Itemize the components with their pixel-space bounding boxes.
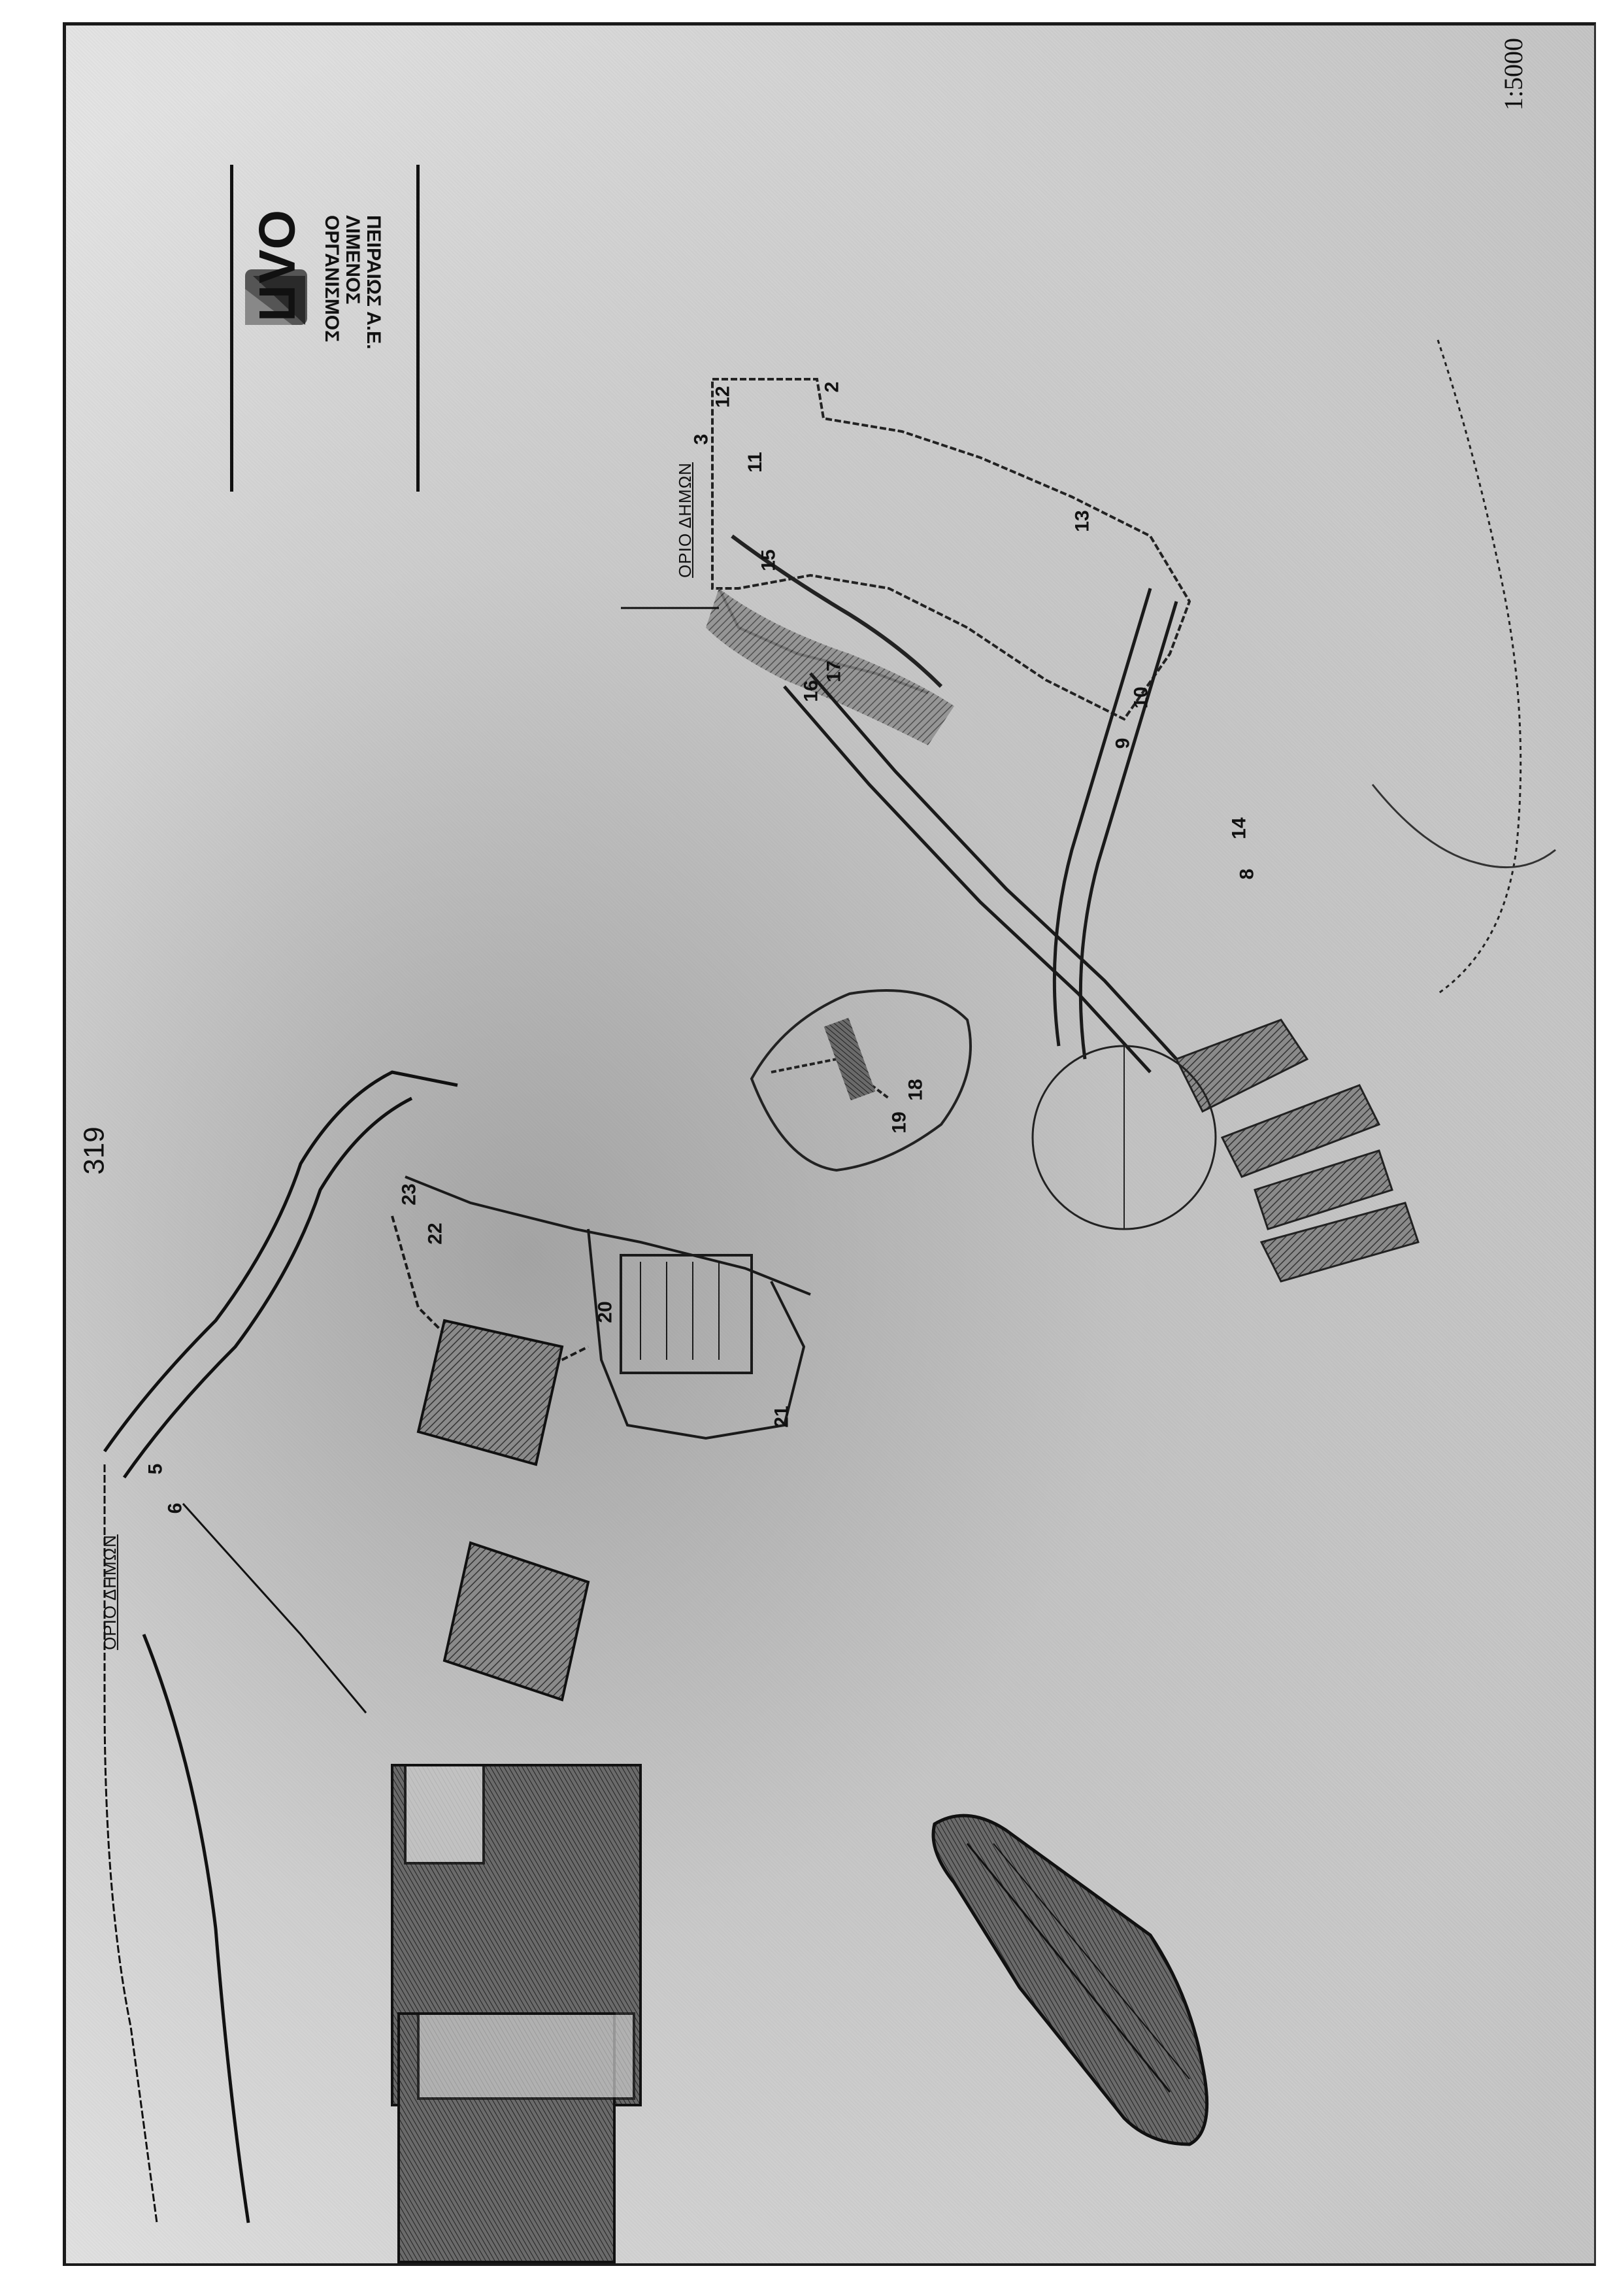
logo-line-2: ΛΙΜΕΝΟΣ bbox=[341, 215, 363, 359]
marker-22: 22 bbox=[425, 1223, 447, 1244]
marker-17: 17 bbox=[823, 660, 846, 682]
marker-12: 12 bbox=[712, 386, 735, 407]
marker-9: 9 bbox=[1112, 738, 1134, 749]
boundary-label-east: ΟΡΙΟ ΔΗΜΩΝ bbox=[675, 462, 695, 578]
marker-19: 19 bbox=[889, 1111, 911, 1133]
east-coastline bbox=[1438, 340, 1521, 994]
building-blocks bbox=[418, 1321, 588, 1700]
marker-2: 2 bbox=[821, 382, 843, 393]
logo-line-3: ΠΕΙΡΑΙΩΣ Α.Ε. bbox=[362, 215, 384, 359]
marker-16: 16 bbox=[801, 680, 823, 701]
marker-11: 11 bbox=[744, 452, 767, 473]
island-pier bbox=[933, 1815, 1207, 2144]
map-scale: 1:5000 bbox=[1498, 38, 1529, 110]
piers bbox=[1176, 1020, 1418, 1281]
olp-logo: ΟΛΠ ΟΡΓΑΝΙΣΜΟΣ ΛΙΜΕΝΟΣ ΠΕΙΡΑΙΩΣ Α.Ε. bbox=[230, 165, 420, 492]
marker-13: 13 bbox=[1072, 510, 1094, 532]
boundary-label-west: ΟΡΙΟ ΔΗΜΩΝ bbox=[100, 1534, 120, 1650]
marker-10: 10 bbox=[1131, 686, 1153, 708]
marker-15: 15 bbox=[758, 549, 780, 571]
marker-20: 20 bbox=[595, 1301, 617, 1323]
terminal-blocks bbox=[392, 1765, 640, 2262]
page-number: 319 bbox=[78, 1126, 111, 1174]
marker-3: 3 bbox=[690, 434, 712, 445]
logo-line-1: ΟΡΓΑΝΙΣΜΟΣ bbox=[320, 215, 342, 359]
marker-14: 14 bbox=[1229, 817, 1251, 839]
marker-21: 21 bbox=[771, 1406, 793, 1427]
marker-23: 23 bbox=[399, 1183, 421, 1205]
marker-18: 18 bbox=[905, 1079, 927, 1100]
logo-mark-text: ΟΛΠ bbox=[247, 210, 307, 323]
marker-5: 5 bbox=[144, 1464, 167, 1475]
marker-8: 8 bbox=[1236, 869, 1258, 880]
scanned-page: ΟΛΠ ΟΡΓΑΝΙΣΜΟΣ ΛΙΜΕΝΟΣ ΠΕΙΡΑΙΩΣ Α.Ε. 1:5… bbox=[0, 0, 1613, 2296]
marker-6: 6 bbox=[164, 1503, 186, 1514]
